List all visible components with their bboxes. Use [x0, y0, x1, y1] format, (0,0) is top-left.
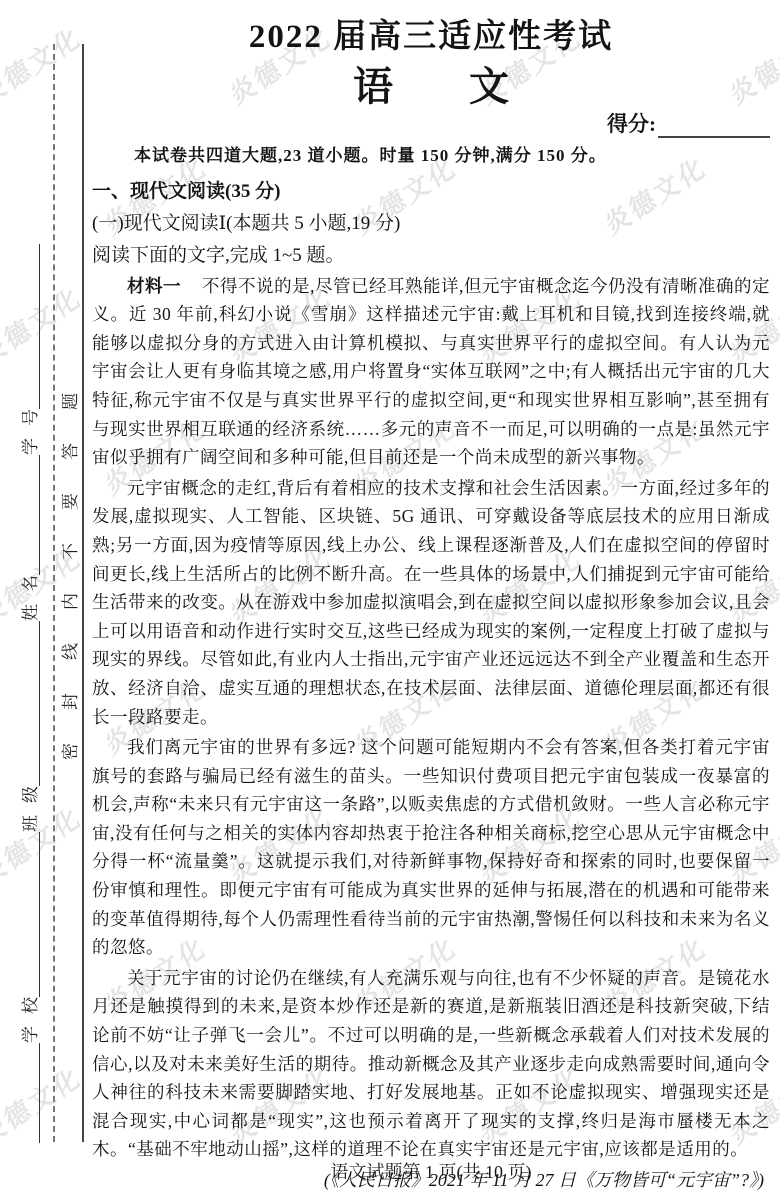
exam-content: 2022 届高三适应性考试 语文 得分: 本试卷共四道大题,23 道小题。时量 … — [92, 0, 770, 1194]
page-footer: 语文试题第 1 页(共 10 页) — [92, 1158, 770, 1184]
material-label: 材料一 — [127, 276, 181, 296]
material-paragraph-4: 关于元宇宙的讨论仍在继续,有人充满乐观与向往,也有不少怀疑的声音。是镜花水月还是… — [92, 964, 770, 1164]
field-blank-line[interactable] — [17, 832, 40, 997]
material-paragraph-3: 我们离元宇宙的世界有多远? 这个问题可能短期内不会有答案,但各类打着元宇宙旗号的… — [92, 733, 770, 962]
score-row: 得分: — [92, 112, 770, 138]
score-label: 得分: — [607, 108, 656, 138]
material-paragraph-2: 元宇宙概念的走红,背后有着相应的技术支撑和社会生活因素。一方面,经过多年的发展,… — [92, 474, 770, 731]
content-border-line — [82, 44, 84, 1142]
field-blank-line[interactable] — [17, 1043, 40, 1143]
seal-line-strip: 密封线内不要答题 — [56, 0, 80, 1198]
seal-warning-text: 密封线内不要答题 — [56, 360, 81, 1198]
score-blank-line[interactable] — [658, 110, 770, 138]
subject-title: 语文 — [92, 62, 770, 112]
exam-instructions: 本试卷共四道大题,23 道小题。时量 150 分钟,满分 150 分。 — [134, 144, 770, 168]
field-blank-line[interactable] — [17, 244, 40, 409]
exam-page: 炎德文化炎德文化炎德文化炎德文化炎德文化炎德文化炎德文化炎德文化炎德文化炎德文化… — [0, 0, 780, 1198]
exam-title: 2022 届高三适应性考试 — [92, 18, 770, 58]
section-subheading: (一)现代文阅读Ⅰ(本题共 5 小题,19 分) — [92, 210, 770, 238]
field-blank-line[interactable] — [17, 455, 40, 575]
section-heading: 一、现代文阅读(35 分) — [92, 178, 770, 206]
reading-prompt: 阅读下面的文字,完成 1~5 题。 — [92, 242, 770, 270]
material-paragraph-1: 材料一不得不说的是,尽管已经耳熟能详,但元宇宙概念迄今仍没有清晰准确的定义。近 … — [92, 272, 770, 472]
field-blank-line[interactable] — [17, 621, 40, 786]
student-info-fields: 学校班级姓名学号 — [10, 0, 46, 1198]
paragraph-text: 不得不说的是,尽管已经耳熟能详,但元宇宙概念迄今仍没有清晰准确的定义。近 30 … — [92, 276, 770, 468]
